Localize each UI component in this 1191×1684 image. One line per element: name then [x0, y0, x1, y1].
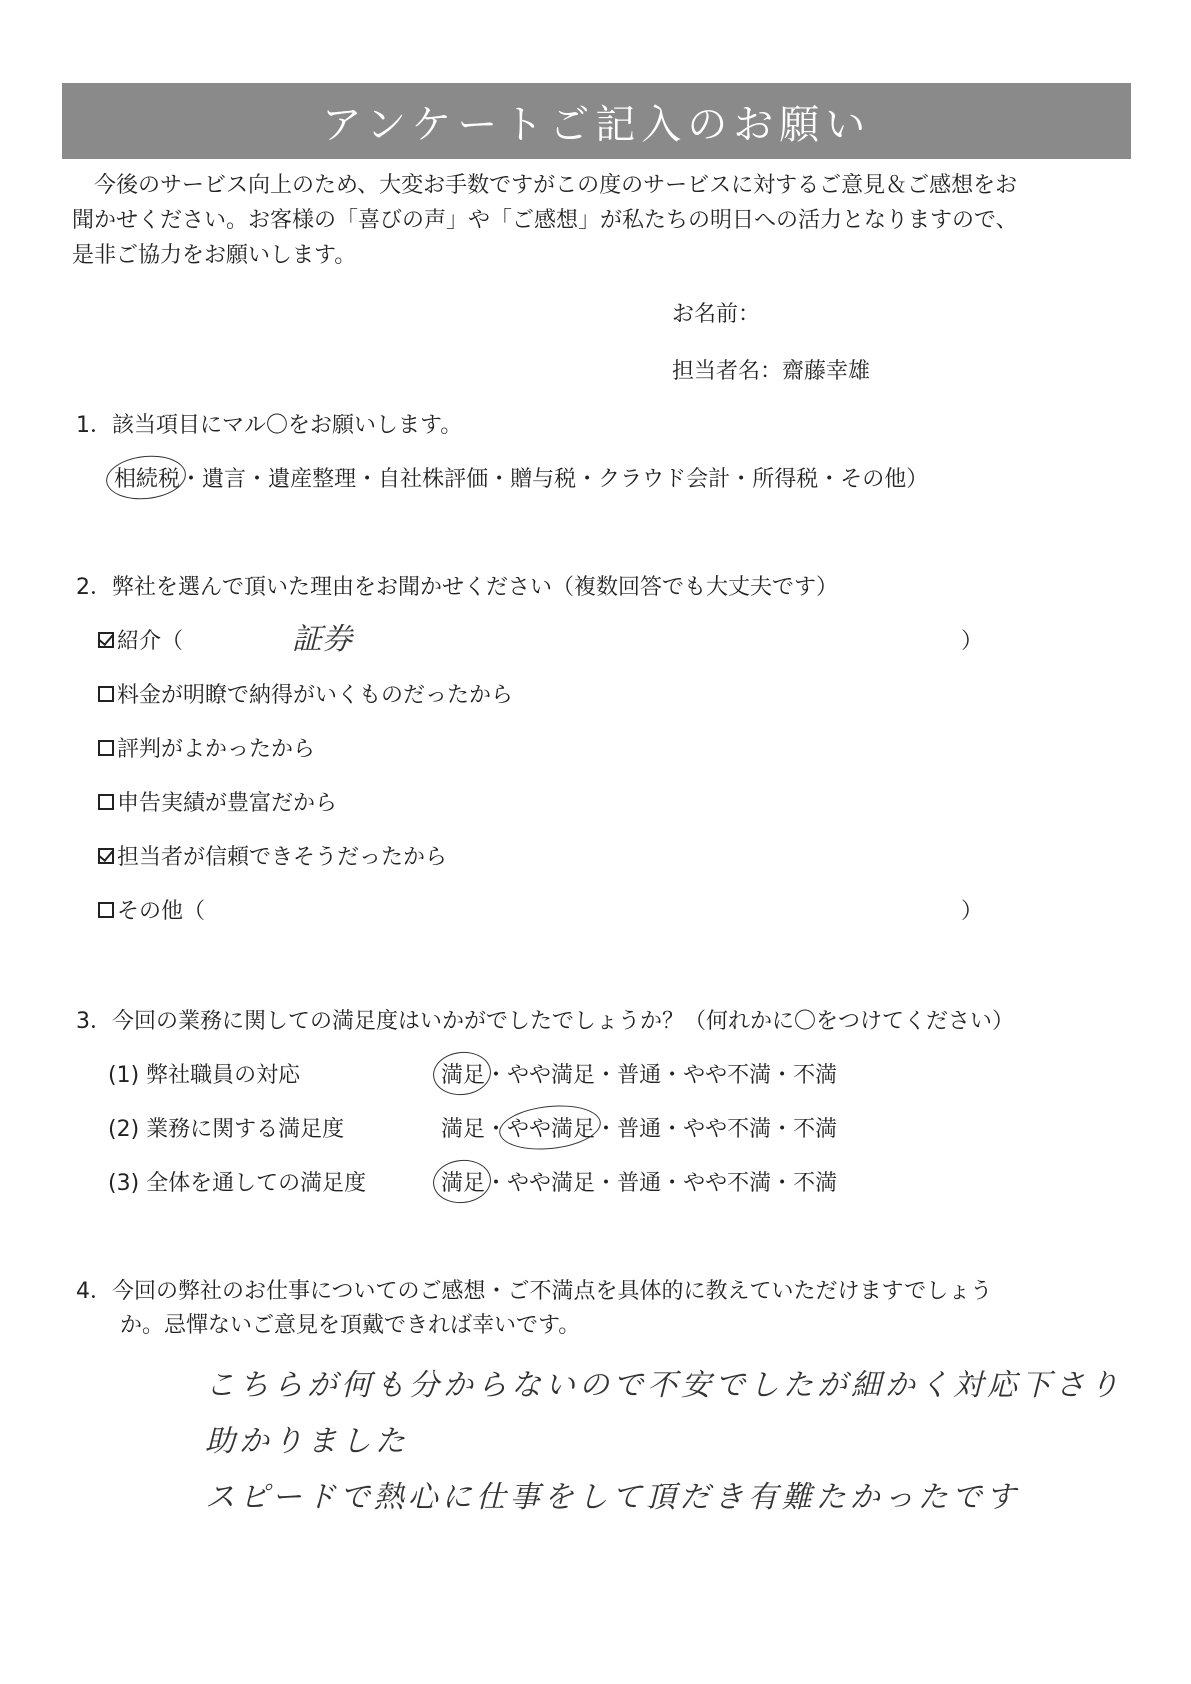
intro-text: 今後のサービス向上のため、大変お手数ですがこの度のサービスに対するご意見＆ご感想…: [72, 168, 1132, 273]
q2-item-track-record[interactable]: 申告実績が豊富だから: [98, 786, 337, 817]
q1-option-stock-valuation[interactable]: 自社株評価: [378, 467, 488, 492]
survey-title-bar: アンケートご記入のお願い: [62, 83, 1131, 159]
q1-option-inheritance-tax[interactable]: 相続税: [114, 462, 180, 493]
q2-item-other[interactable]: その他（: [98, 894, 205, 925]
q3-r2-option-somewhat-satisfied[interactable]: やや満足: [507, 1112, 595, 1143]
q1-title: 1．該当項目にマル〇をお願いします。: [76, 408, 462, 439]
q3-r2-option-neutral[interactable]: 普通: [617, 1117, 661, 1142]
q3-r1-option-satisfied[interactable]: 満足: [441, 1058, 485, 1089]
q1-option-gift-tax[interactable]: 贈与税: [510, 467, 576, 492]
q3-r3-option-neutral[interactable]: 普通: [617, 1171, 661, 1196]
q3-r3-option-dissatisfied[interactable]: 不満: [793, 1171, 837, 1196]
q3-r1-option-somewhat-dissatisfied[interactable]: やや不満: [683, 1063, 771, 1088]
q1-option-cloud-accounting[interactable]: クラウド会計: [598, 467, 730, 492]
q2-item-trustworthy-staff[interactable]: 担当者が信頼できそうだったから: [98, 840, 447, 871]
q4-title-line-1: 4．今回の弊社のお仕事についてのご感想・ご不満点を具体的に教えていただけますでし…: [76, 1274, 992, 1305]
q3-r2-option-somewhat-dissatisfied[interactable]: やや不満: [683, 1117, 771, 1142]
checkbox-checked-icon[interactable]: [98, 632, 114, 648]
q3-row-staff-response: (1) 弊社職員の対応 満足・やや満足・普通・やや不満・不満: [108, 1058, 1008, 1088]
q3-r1-option-dissatisfied[interactable]: 不満: [793, 1063, 837, 1088]
q3-r3-option-somewhat-dissatisfied[interactable]: やや不満: [683, 1171, 771, 1196]
q1-options: 相続税・遺言・遺産整理・自社株評価・贈与税・クラウド会計・所得税・その他）: [114, 462, 928, 493]
q2-referral-close-paren: ）: [961, 624, 983, 655]
q2-item-reputation[interactable]: 評判がよかったから: [98, 732, 315, 763]
intro-line-3: 是非ご協力をお願いします。: [72, 238, 1132, 273]
q4-answer-line-3[interactable]: スピードで熱心に仕事をして頂だき有難たかったです: [205, 1472, 1020, 1516]
q4-answer-line-1[interactable]: こちらが何も分からないので不安でしたが細かく対応下さり: [205, 1360, 1123, 1404]
q2-title: 2．弊社を選んで頂いた理由をお聞かせください（複数回答でも大丈夫です）: [76, 570, 838, 601]
staff-value: 齋藤幸雄: [782, 359, 870, 384]
q3-r2-option-satisfied[interactable]: 満足: [441, 1117, 485, 1142]
intro-line-2: 聞かせください。お客様の「喜びの声」や「ご感想」が私たちの明日への活力となります…: [72, 203, 1132, 238]
checkbox-icon[interactable]: [98, 794, 114, 810]
checkbox-icon[interactable]: [98, 686, 114, 702]
checkbox-checked-icon[interactable]: [98, 848, 114, 864]
q3-row-overall-satisfaction: (3) 全体を通しての満足度 満足・やや満足・普通・やや不満・不満: [108, 1166, 1008, 1196]
survey-title: アンケートご記入のお願い: [322, 93, 872, 150]
q1-option-income-tax[interactable]: 所得税: [752, 467, 818, 492]
q4-answer-line-2[interactable]: 助かりました: [205, 1416, 409, 1460]
q2-item-clear-pricing[interactable]: 料金が明瞭で納得がいくものだったから: [98, 678, 513, 709]
q1-option-other[interactable]: その他: [840, 467, 906, 492]
q4-title-line-2: か。忌憚ないご意見を頂戴できれば幸いです。: [120, 1308, 580, 1339]
q3-title: 3．今回の業務に関しての満足度はいかがでしたでしょうか？（何れかに〇をつけてくだ…: [76, 1004, 1014, 1035]
q3-r3-option-somewhat-satisfied[interactable]: やや満足: [507, 1171, 595, 1196]
name-label: お名前：: [672, 302, 760, 327]
name-field[interactable]: お名前：: [672, 297, 760, 328]
q1-option-will[interactable]: 遺言: [202, 467, 246, 492]
q3-r2-option-dissatisfied[interactable]: 不満: [793, 1117, 837, 1142]
q3-r1-option-neutral[interactable]: 普通: [617, 1063, 661, 1088]
q3-r1-option-somewhat-satisfied[interactable]: やや満足: [507, 1063, 595, 1088]
q2-referral-handwritten[interactable]: 証券: [292, 614, 352, 658]
intro-line-1: 今後のサービス向上のため、大変お手数ですがこの度のサービスに対するご意見＆ご感想…: [72, 168, 1132, 203]
q2-other-close-paren: ）: [961, 894, 983, 925]
staff-field: 担当者名：齋藤幸雄: [672, 354, 870, 385]
q3-r3-option-satisfied[interactable]: 満足: [441, 1166, 485, 1197]
checkbox-icon[interactable]: [98, 902, 114, 918]
checkbox-icon[interactable]: [98, 740, 114, 756]
q2-item-referral[interactable]: 紹介（: [98, 624, 183, 655]
staff-label: 担当者名：: [672, 359, 782, 384]
q1-option-estate[interactable]: 遺産整理: [268, 467, 356, 492]
q3-row-service-satisfaction: (2) 業務に関する満足度 満足・やや満足・普通・やや不満・不満: [108, 1112, 1008, 1142]
